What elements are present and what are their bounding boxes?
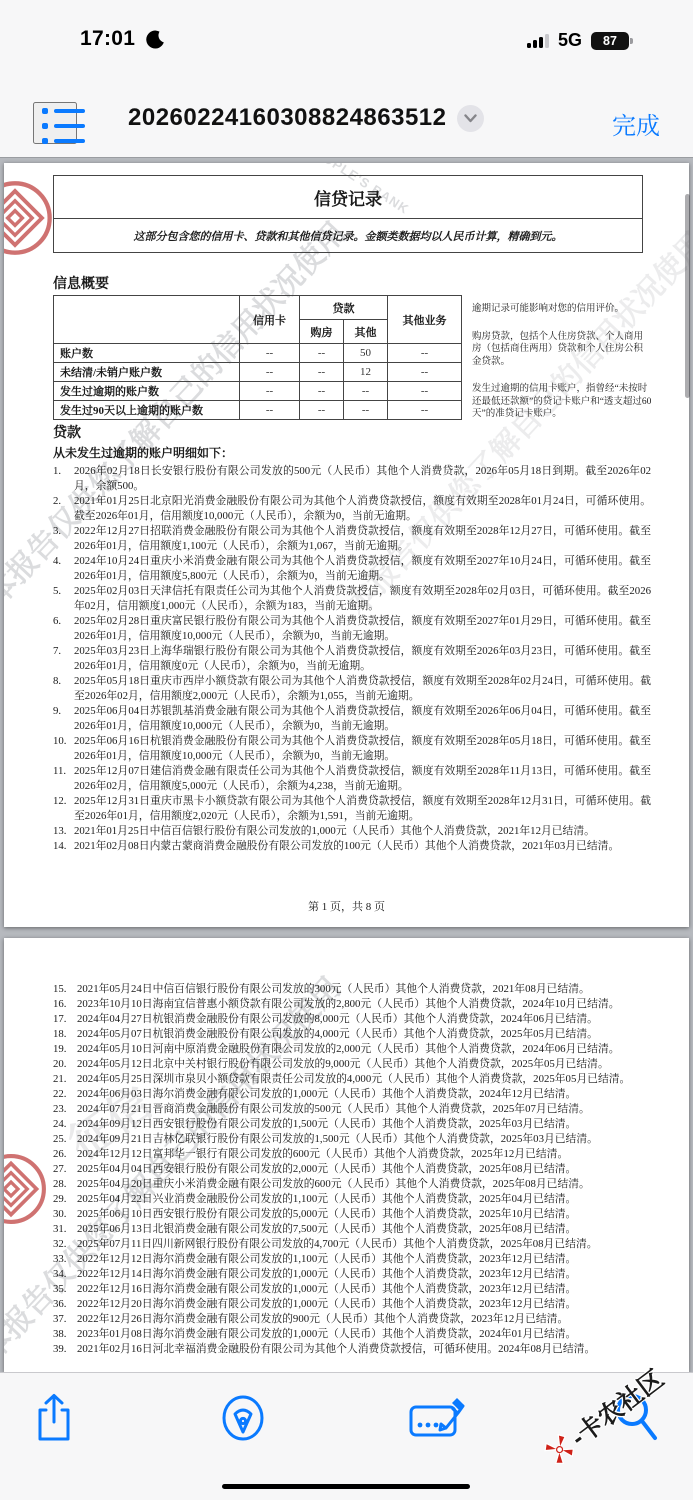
network-type-label: 5G — [558, 30, 582, 51]
focus-moon-icon — [146, 30, 165, 54]
loan-list-item: 38. 2023年01月08日海尔消费金融有限公司发放的1,000元（人民币）其… — [53, 1327, 651, 1342]
loan-list-item: 19. 2024年05月10日河南中原消费金融股份有限公司发放的2,000元（人… — [53, 1042, 651, 1057]
table-row: 未结清/未销户账户数 -- -- 12 -- — [54, 363, 462, 382]
loan-list-item: 16. 2023年10月10日海南宜信普惠小额贷款有限公司发放的2,800元（人… — [53, 997, 651, 1012]
status-bar: 17:01 5G 87 — [0, 0, 693, 60]
col-loans-house: 购房 — [300, 320, 344, 344]
markup-button[interactable] — [215, 1391, 271, 1447]
loan-list-item: 22. 2024年06月03日海尔消费金融有限公司发放的1,000元（人民币）其… — [53, 1087, 651, 1102]
share-icon — [32, 1392, 76, 1444]
fill-sign-icon — [408, 1395, 466, 1441]
loan-list-item: 3. 2022年12月27日招联消费金融股份有限公司为其他个人消费贷款授信，额度… — [53, 524, 651, 554]
row-label: 发生过逾期的账户数 — [54, 382, 240, 401]
scrollbar-thumb[interactable] — [685, 194, 690, 398]
loan-list-item: 32. 2025年07月11日四川新网银行股份有限公司发放的4,700元（人民币… — [53, 1237, 651, 1252]
col-loans-other: 其他 — [344, 320, 388, 344]
done-button[interactable]: 完成 — [612, 106, 660, 141]
loan-list-item: 18. 2024年05月07日杭银消费金融股份有限公司发放的4,000元（人民币… — [53, 1027, 651, 1042]
loan-list-page1: 1. 2026年02月18日长安银行股份有限公司发放的500元（人民币）其他个人… — [53, 464, 651, 854]
search-icon — [610, 1391, 662, 1447]
table-row: 账户数 -- -- 50 -- — [54, 344, 462, 363]
loan-list-item: 8. 2025年05月18日重庆市西岸小额贷款有限公司为其他个人消费贷款授信，额… — [53, 674, 651, 704]
page-number-footer: 第 1 页，共 8 页 — [4, 898, 689, 914]
iphone-screen: 17:01 5G 87 — [0, 0, 693, 1500]
section-header-box: 信贷记录 这部分包含您的信用卡、贷款和其他信贷记录。金额类数据均以人民币计算，精… — [53, 175, 643, 253]
credit-center-seal-stamp — [4, 179, 54, 262]
col-other-business: 其他业务 — [388, 296, 462, 344]
share-button[interactable] — [26, 1391, 82, 1447]
cellular-signal-icon — [527, 33, 549, 48]
table-of-contents-button[interactable] — [33, 102, 77, 144]
loan-list-item: 2. 2021年01月25日北京阳光消费金融股份有限公司为其他个人消费贷款授信，… — [53, 494, 651, 524]
loan-list-item: 29. 2025年04月22日兴业消费金融股份公司发放的1,100元（人民币）其… — [53, 1192, 651, 1207]
loan-list-item: 15. 2021年05月24日中信百信银行股份有限公司发放的300元（人民币）其… — [53, 982, 651, 997]
status-indicators: 5G 87 — [527, 30, 636, 51]
pdf-page-1: CREDIT REFERENCE PEOPLE'S BANK 本报告仅供您了解自… — [4, 163, 689, 927]
title-menu-button[interactable] — [457, 105, 484, 132]
bottom-toolbar — [0, 1372, 693, 1500]
loan-list-item: 4. 2024年10月24日重庆小米消费金融有限公司为其他个人消费贷款授信，额度… — [53, 554, 651, 584]
loan-list-item: 33. 2022年12月12日海尔消费金融有限公司发放的1,100元（人民币）其… — [53, 1252, 651, 1267]
pdf-scroll-area[interactable]: CREDIT REFERENCE PEOPLE'S BANK 本报告仅供您了解自… — [0, 158, 693, 1372]
loan-list-item: 27. 2025年04月04日西安银行股份有限公司发放的2,000元（人民币）其… — [53, 1162, 651, 1177]
summary-table: 信用卡 贷款 其他业务 购房 其他 账户数 -- - — [53, 295, 462, 420]
battery-tip — [630, 38, 633, 44]
loan-list-item: 1. 2026年02月18日长安银行股份有限公司发放的500元（人民币）其他个人… — [53, 464, 651, 494]
loan-list-item: 25. 2024年09月21日吉林亿联银行股份有限公司发放的1,500元（人民币… — [53, 1132, 651, 1147]
row-label: 未结清/未销户账户数 — [54, 363, 240, 382]
side-note: 发生过逾期的信用卡账户，指曾经“未按时还最低还款额”的贷记卡账户和“透支超过60… — [472, 383, 652, 421]
loan-list-item: 10. 2025年06月16日杭银消费金融股份有限公司为其他个人消费贷款授信，额… — [53, 734, 651, 764]
loans-subheading: 从未发生过逾期的账户明细如下： — [53, 444, 233, 461]
loan-list-item: 7. 2025年03月23日上海华瑞银行股份有限公司为其他个人消费贷款授信，额度… — [53, 644, 651, 674]
section-title: 信贷记录 — [54, 176, 642, 219]
loan-list-item: 24. 2024年09月12日西安银行股份有限公司发放的1,500元（人民币）其… — [53, 1117, 651, 1132]
loan-list-item: 13. 2021年01月25日中信百信银行股份有限公司发放的1,000元（人民币… — [53, 824, 651, 839]
loan-list-item: 36. 2022年12月20日海尔消费金融有限公司发放的1,000元（人民币）其… — [53, 1297, 651, 1312]
battery-percent: 87 — [591, 32, 629, 50]
loan-list-item: 39. 2021年02月16日河北幸福消费金融股份有限公司为其他个人消费贷款授信… — [53, 1342, 651, 1357]
loan-list-item: 9. 2025年06月04日苏银凯基消费金融有限公司为其他个人消费贷款授信，额度… — [53, 704, 651, 734]
loan-list-item: 34. 2022年12月14日海尔消费金融有限公司发放的1,000元（人民币）其… — [53, 1267, 651, 1282]
loan-list-item: 23. 2024年07月21日晋商消费金融股份有限公司发放的500元（人民币）其… — [53, 1102, 651, 1117]
fill-and-sign-button[interactable] — [408, 1391, 464, 1447]
loan-list-item: 37. 2022年12月26日海尔消费金融有限公司发放的900元（人民币）其他个… — [53, 1312, 651, 1327]
loan-list-item: 5. 2025年02月03日天津信托有限责任公司为其他个人消费贷款授信，额度有效… — [53, 584, 651, 614]
loan-list-item: 12. 2025年12月31日重庆市黑卡小额贷款有限公司为其他个人消费贷款授信，… — [53, 794, 651, 824]
table-row: 发生过90天以上逾期的账户数 -- -- -- -- — [54, 401, 462, 420]
side-note: 购房贷款，包括个人住房贷款、个人商用房（包括商住两用）贷款和个人住房公积金贷款。 — [472, 331, 652, 369]
document-title[interactable]: 20260224160308824863512 — [128, 104, 447, 132]
loan-list-item: 28. 2025年04月20日重庆小米消费金融有限公司发放的600元（人民币）其… — [53, 1177, 651, 1192]
loan-list-page2: 15. 2021年05月24日中信百信银行股份有限公司发放的300元（人民币）其… — [53, 982, 651, 1357]
loan-list-item: 17. 2024年04月27日杭银消费金融股份有限公司发放的8,000元（人民币… — [53, 1012, 651, 1027]
markup-pen-icon — [218, 1393, 268, 1443]
loan-list-item: 11. 2025年12月07日建信消费金融有限责任公司为其他个人消费贷款授信，额… — [53, 764, 651, 794]
loan-list-item: 20. 2024年05月12日北京中关村银行股份有限公司发放的9,000元（人民… — [53, 1057, 651, 1072]
row-label: 账户数 — [54, 344, 240, 363]
loan-list-item: 21. 2024年05月25日深圳市泉贝小额贷款有限责任公司发放的4,000元（… — [53, 1072, 651, 1087]
table-row: 发生过逾期的账户数 -- -- -- -- — [54, 382, 462, 401]
loan-list-item: 6. 2025年02月28日重庆富民银行股份有限公司为其他个人消费贷款授信，额度… — [53, 614, 651, 644]
loan-list-item: 35. 2022年12月16日海尔消费金融有限公司发放的1,000元（人民币）其… — [53, 1282, 651, 1297]
col-credit-card: 信用卡 — [240, 296, 300, 344]
clock-time: 17:01 — [80, 27, 135, 51]
loan-list-item: 31. 2025年06月13日北银消费金融有限公司发放的7,500元（人民币）其… — [53, 1222, 651, 1237]
top-chrome: 17:01 5G 87 — [0, 0, 693, 158]
summary-heading: 信息概要 — [53, 273, 109, 293]
loan-list-item: 30. 2025年06月10日西安银行股份有限公司发放的5,000元（人民币）其… — [53, 1207, 651, 1222]
battery-icon: 87 — [591, 31, 636, 51]
loan-list-item: 14. 2021年02月08日内蒙古蒙商消费金融股份有限公司发放的100元（人民… — [53, 839, 651, 854]
summary-table-body: 账户数 -- -- 50 -- 未结清/未销户账户数 -- -- 12 - — [54, 344, 462, 420]
loan-list-item: 26. 2024年12月12日富邦华一银行有限公司发放的600元（人民币）其他个… — [53, 1147, 651, 1162]
search-button[interactable] — [608, 1391, 664, 1447]
navigation-bar: 20260224160308824863512 完成 — [0, 60, 693, 157]
loans-heading: 贷款 — [53, 422, 81, 442]
col-loans: 贷款 — [300, 296, 388, 320]
credit-center-seal-stamp — [4, 1152, 48, 1231]
home-indicator[interactable] — [222, 1484, 470, 1489]
side-notes: 逾期记录可能影响对您的信用评价。购房贷款，包括个人住房贷款、个人商用房（包括商住… — [472, 303, 652, 436]
section-subtitle: 这部分包含您的信用卡、贷款和其他信贷记录。金额类数据均以人民币计算，精确到元。 — [54, 219, 642, 252]
row-label: 发生过90天以上逾期的账户数 — [54, 401, 240, 420]
pdf-page-2: 本报告仅供您了解自己的信用状况使用 征信 15. 2021年05月24日中信百信… — [4, 938, 689, 1372]
side-note: 逾期记录可能影响对您的信用评价。 — [472, 303, 652, 316]
